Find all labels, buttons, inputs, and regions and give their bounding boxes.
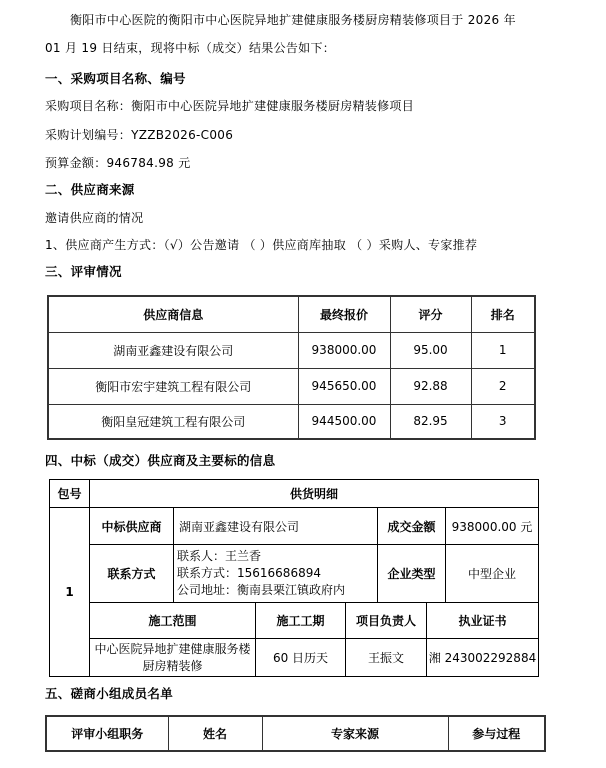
enterprise-type-value: 中型企业 bbox=[446, 545, 539, 603]
section5-heading: 五、磋商小组成员名单 bbox=[45, 686, 173, 702]
section4-heading: 四、中标（成交）供应商及主要标的信息 bbox=[45, 453, 275, 469]
rank: 3 bbox=[471, 404, 535, 439]
amount-value: 938000.00 元 bbox=[446, 508, 539, 545]
certificate-label: 执业证书 bbox=[427, 603, 539, 639]
header-package-no: 包号 bbox=[50, 480, 90, 508]
section1-heading: 一、采购项目名称、编号 bbox=[45, 71, 186, 87]
evaluation-table-header: 供应商信息 最终报价 评分 排名 bbox=[48, 296, 535, 332]
winning-bid-table: 包号 供货明细 1 中标供应商 湖南亚鑫建设有限公司 成交金额 938000.0… bbox=[49, 479, 539, 677]
construction-period-value: 60 日历天 bbox=[256, 639, 346, 677]
header-expert-source: 专家来源 bbox=[262, 716, 448, 751]
header-final-price: 最终报价 bbox=[298, 296, 390, 332]
supplier-name: 衡阳皇冠建筑工程有限公司 bbox=[48, 404, 298, 439]
header-rank: 排名 bbox=[471, 296, 535, 332]
header-supplier-info: 供应商信息 bbox=[48, 296, 298, 332]
supplier-name: 衡阳市宏宇建筑工程有限公司 bbox=[48, 368, 298, 404]
construction-scope-value: 中心医院异地扩建健康服务楼厨房精装修 bbox=[90, 639, 256, 677]
construction-scope-label: 施工范围 bbox=[90, 603, 256, 639]
final-price: 938000.00 bbox=[298, 332, 390, 368]
section2-heading: 二、供应商来源 bbox=[45, 182, 135, 198]
header-supply-details: 供货明细 bbox=[90, 480, 539, 508]
supplier-name: 湖南亚鑫建设有限公司 bbox=[48, 332, 298, 368]
intro-line-1: 衡阳市中心医院的衡阳市中心医院异地扩建健康服务楼厨房精装修项目于 2026 年 bbox=[70, 12, 516, 28]
contact-phone: 联系方式：15616686894 bbox=[174, 565, 377, 582]
score: 95.00 bbox=[390, 332, 471, 368]
score: 82.95 bbox=[390, 404, 471, 439]
winner-label: 中标供应商 bbox=[90, 508, 174, 545]
section3-heading: 三、评审情况 bbox=[45, 264, 122, 280]
table-row: 衡阳皇冠建筑工程有限公司 944500.00 82.95 3 bbox=[48, 404, 535, 439]
budget: 预算金额：946784.98 元 bbox=[45, 155, 191, 171]
header-participation: 参与过程 bbox=[448, 716, 545, 751]
panel-members-table: 评审小组职务 姓名 专家来源 参与过程 bbox=[45, 715, 546, 752]
certificate-value: 湘 243002292884 bbox=[427, 639, 539, 677]
amount-label: 成交金额 bbox=[378, 508, 446, 545]
construction-period-label: 施工工期 bbox=[256, 603, 346, 639]
final-price: 944500.00 bbox=[298, 404, 390, 439]
contact-person: 联系人：王兰香 bbox=[174, 548, 377, 565]
project-manager-label: 项目负责人 bbox=[346, 603, 427, 639]
rank: 1 bbox=[471, 332, 535, 368]
contact-label: 联系方式 bbox=[90, 545, 174, 603]
panel-members-header: 评审小组职务 姓名 专家来源 参与过程 bbox=[46, 716, 545, 751]
header-score: 评分 bbox=[390, 296, 471, 332]
intro-line-2: 01 月 19 日结束，现将中标（成交）结果公告如下： bbox=[45, 40, 335, 56]
rank: 2 bbox=[471, 368, 535, 404]
final-price: 945650.00 bbox=[298, 368, 390, 404]
table-row: 湖南亚鑫建设有限公司 938000.00 95.00 1 bbox=[48, 332, 535, 368]
project-name: 采购项目名称：衡阳市中心医院异地扩建健康服务楼厨房精装修项目 bbox=[45, 98, 414, 114]
plan-number: 采购计划编号：YZZB2026-C006 bbox=[45, 127, 233, 143]
evaluation-table: 供应商信息 最终报价 评分 排名 湖南亚鑫建设有限公司 938000.00 95… bbox=[47, 295, 536, 440]
header-panel-role: 评审小组职务 bbox=[46, 716, 168, 751]
package-number: 1 bbox=[50, 508, 90, 677]
enterprise-type-label: 企业类型 bbox=[378, 545, 446, 603]
score: 92.88 bbox=[390, 368, 471, 404]
invited-suppliers-subheading: 邀请供应商的情况 bbox=[45, 210, 143, 226]
project-manager-value: 王振文 bbox=[346, 639, 427, 677]
contact-info: 联系人：王兰香 联系方式：15616686894 公司地址：衡南县栗江镇政府内 bbox=[174, 545, 378, 603]
contact-address: 公司地址：衡南县栗江镇政府内 bbox=[174, 582, 377, 599]
header-name: 姓名 bbox=[168, 716, 262, 751]
table-row: 衡阳市宏宇建筑工程有限公司 945650.00 92.88 2 bbox=[48, 368, 535, 404]
winner-value: 湖南亚鑫建设有限公司 bbox=[174, 508, 378, 545]
supplier-method: 1、供应商产生方式：（√）公告邀请 （ ）供应商库抽取 （ ）采购人、专家推荐 bbox=[45, 237, 477, 253]
